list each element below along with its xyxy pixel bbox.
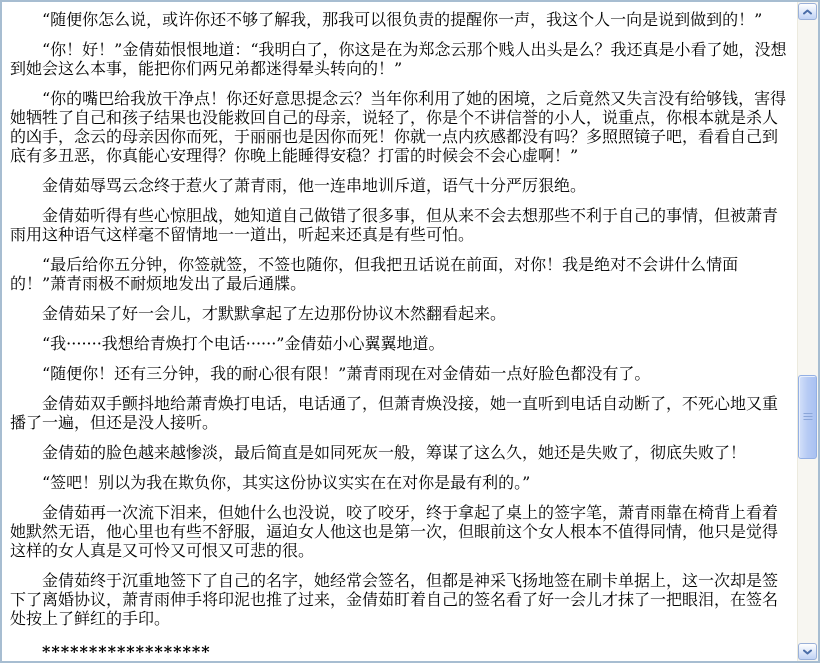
vertical-scrollbar[interactable] — [797, 2, 818, 661]
paragraph: 金倩茹再一次流下泪来，但她什么也没说，咬了咬牙，终于拿起了桌上的签字笔，萧青雨靠… — [10, 503, 791, 560]
novel-text-page: “随便你怎么说，或许你还不够了解我，那我可以很负责的提醒你一声，我这个人一向是说… — [0, 0, 820, 663]
chevron-up-icon — [803, 9, 812, 15]
paragraph: 金倩茹的脸色越来越惨淡，最后简直是如同死灰一般，筹谋了这么久，她还是失败了，彻底… — [10, 443, 791, 462]
scrollbar-thumb[interactable] — [798, 375, 817, 459]
paragraph: 金倩茹呆了好一会儿，才默默拿起了左边那份协议木然翻看起来。 — [10, 304, 791, 323]
scroll-up-button[interactable] — [798, 3, 817, 20]
paragraph: “随便你怎么说，或许你还不够了解我，那我可以很负责的提醒你一声，我这个人一向是说… — [10, 10, 791, 29]
paragraph: “最后给你五分钟，你签就签，不签也随你，但我把丑话说在前面，对你！我是绝对不会讲… — [10, 255, 791, 293]
paragraph: “我·······我想给青焕打个电话······”金倩茹小心翼翼地道。 — [10, 334, 791, 353]
paragraph: 金倩茹双手颤抖地给萧青焕打电话，电话通了，但萧青焕没接，她一直听到电话自动断了，… — [10, 394, 791, 432]
paragraph: 金倩茹辱骂云念终于惹火了萧青雨，他一连串地训斥道，语气十分严厉狠绝。 — [10, 176, 791, 195]
chevron-down-icon — [803, 649, 812, 655]
paragraph: “随便你！还有三分钟，我的耐心很有限！”萧青雨现在对金倩茹一点好脸色都没有了。 — [10, 364, 791, 383]
section-separator: ****************** — [10, 642, 791, 661]
paragraph: “你！好！”金倩茹恨恨地道：“我明白了，你这是在为郑念云那个贱人出头是么？我还真… — [10, 40, 791, 78]
thumb-grip-icon — [803, 413, 812, 421]
scroll-down-button[interactable] — [798, 643, 817, 660]
paragraph: 金倩茹听得有些心惊胆战，她知道自己做错了很多事，但从来不会去想那些不利于自己的事… — [10, 206, 791, 244]
scrollbar-track[interactable] — [797, 21, 818, 642]
paragraph: 金倩茹终于沉重地签下了自己的名字，她经常会签名，但都是神采飞扬地签在刷卡单据上，… — [10, 571, 791, 628]
text-content: “随便你怎么说，或许你还不够了解我，那我可以很负责的提醒你一声，我这个人一向是说… — [2, 2, 797, 661]
paragraph: “你的嘴巴给我放干净点！你还好意思提念云？当年你利用了她的困境，之后竟然又失言没… — [10, 89, 791, 165]
paragraph: “签吧！别以为我在欺负你，其实这份协议实实在在对你是最有利的。” — [10, 473, 791, 492]
